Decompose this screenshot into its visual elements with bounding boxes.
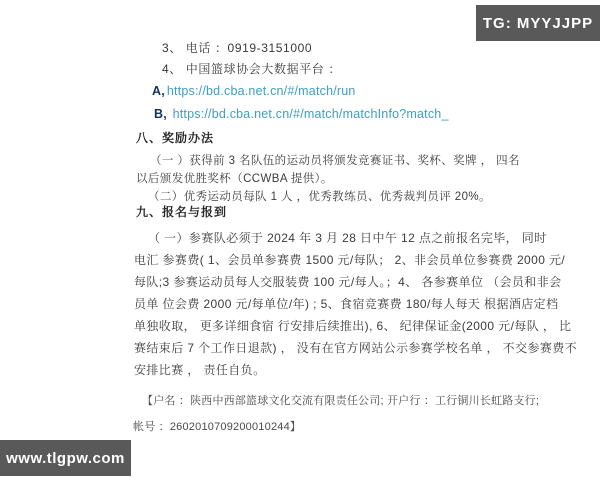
awards-section-heading: 八、奖励办法 <box>136 129 214 146</box>
awards-para2: （二）优秀运动员每队 1 人 ，优秀教练员、优秀裁判员评 20%。 <box>148 188 491 204</box>
awards-para1-line1: （一 ）获得前 3 名队伍的运动员将颁发竞赛证书、奖杯、奖牌 ， 四名 <box>150 152 520 168</box>
link-row-a: A,https://bd.cba.net.cn/#/match/run <box>152 84 356 98</box>
link-row-b: B, https://bd.cba.net.cn/#/match/matchIn… <box>154 107 449 121</box>
contact-phone-line: 3、 电话 ：0919-3151000 <box>162 39 312 56</box>
registration-para-line-2: 电汇 参赛费( 1、会员单参赛费 1500 元/每队； 2、非会员单位参赛费 2… <box>134 251 565 268</box>
awards-para1-line2: 以后颁发优胜奖杯（CCWBA 提供）。 <box>136 170 333 186</box>
watermark-telegram-text: TG: MYYJJPP <box>483 15 593 32</box>
registration-para-line-6: 赛结束后 7 个工作日退款) ， 没有在官方网站公示参赛学校名单 ， 不交参赛费… <box>134 339 577 356</box>
registration-para-line-3: 每队;3 参赛运动员每人交服装费 100 元/每人。；4、 各参赛单位 （会员和… <box>134 273 562 290</box>
cba-match-run-link[interactable]: https://bd.cba.net.cn/#/match/run <box>167 84 356 98</box>
bank-account-line-2: 帐号 ：2602010709200010244】 <box>133 418 301 434</box>
link-a-prefix: A, <box>152 84 165 98</box>
link-b-prefix: B, <box>154 107 167 121</box>
registration-para-line-4: 员单 位会费 2000 元/每单位/年) ; 5、食宿竞赛费 180/每人每天 … <box>134 295 558 312</box>
cba-match-info-link[interactable]: https://bd.cba.net.cn/#/match/matchInfo?… <box>173 107 449 121</box>
registration-para-line-5: 单独收取， 更多详细食宿 行安排后续推出), 6、 纪律保证金(2000 元/每… <box>134 317 571 334</box>
contact-platform-line: 4、 中国篮球协会大数据平台 ： <box>162 60 341 77</box>
watermark-telegram-badge: TG: MYYJJPP <box>476 5 600 41</box>
watermark-website-badge: www.tlgpw.com <box>0 440 131 476</box>
watermark-website-text: www.tlgpw.com <box>6 450 125 467</box>
registration-para-line-7: 安排比赛 ， 责任自负。 <box>134 361 265 378</box>
bank-account-line-1: 【户名 ：陕西中西部篮球文化交流有限责任公司; 开户行 ：工行铜川长虹路支行; <box>142 392 539 408</box>
registration-para-line-1: （ 一）参赛队必须于 2024 年 3 月 28 日中午 12 点之前报名完毕，… <box>148 229 547 246</box>
document-page: TG: MYYJJPP www.tlgpw.com 3、 电话 ：0919-31… <box>0 0 600 480</box>
registration-section-heading: 九、报名与报到 <box>136 203 227 220</box>
